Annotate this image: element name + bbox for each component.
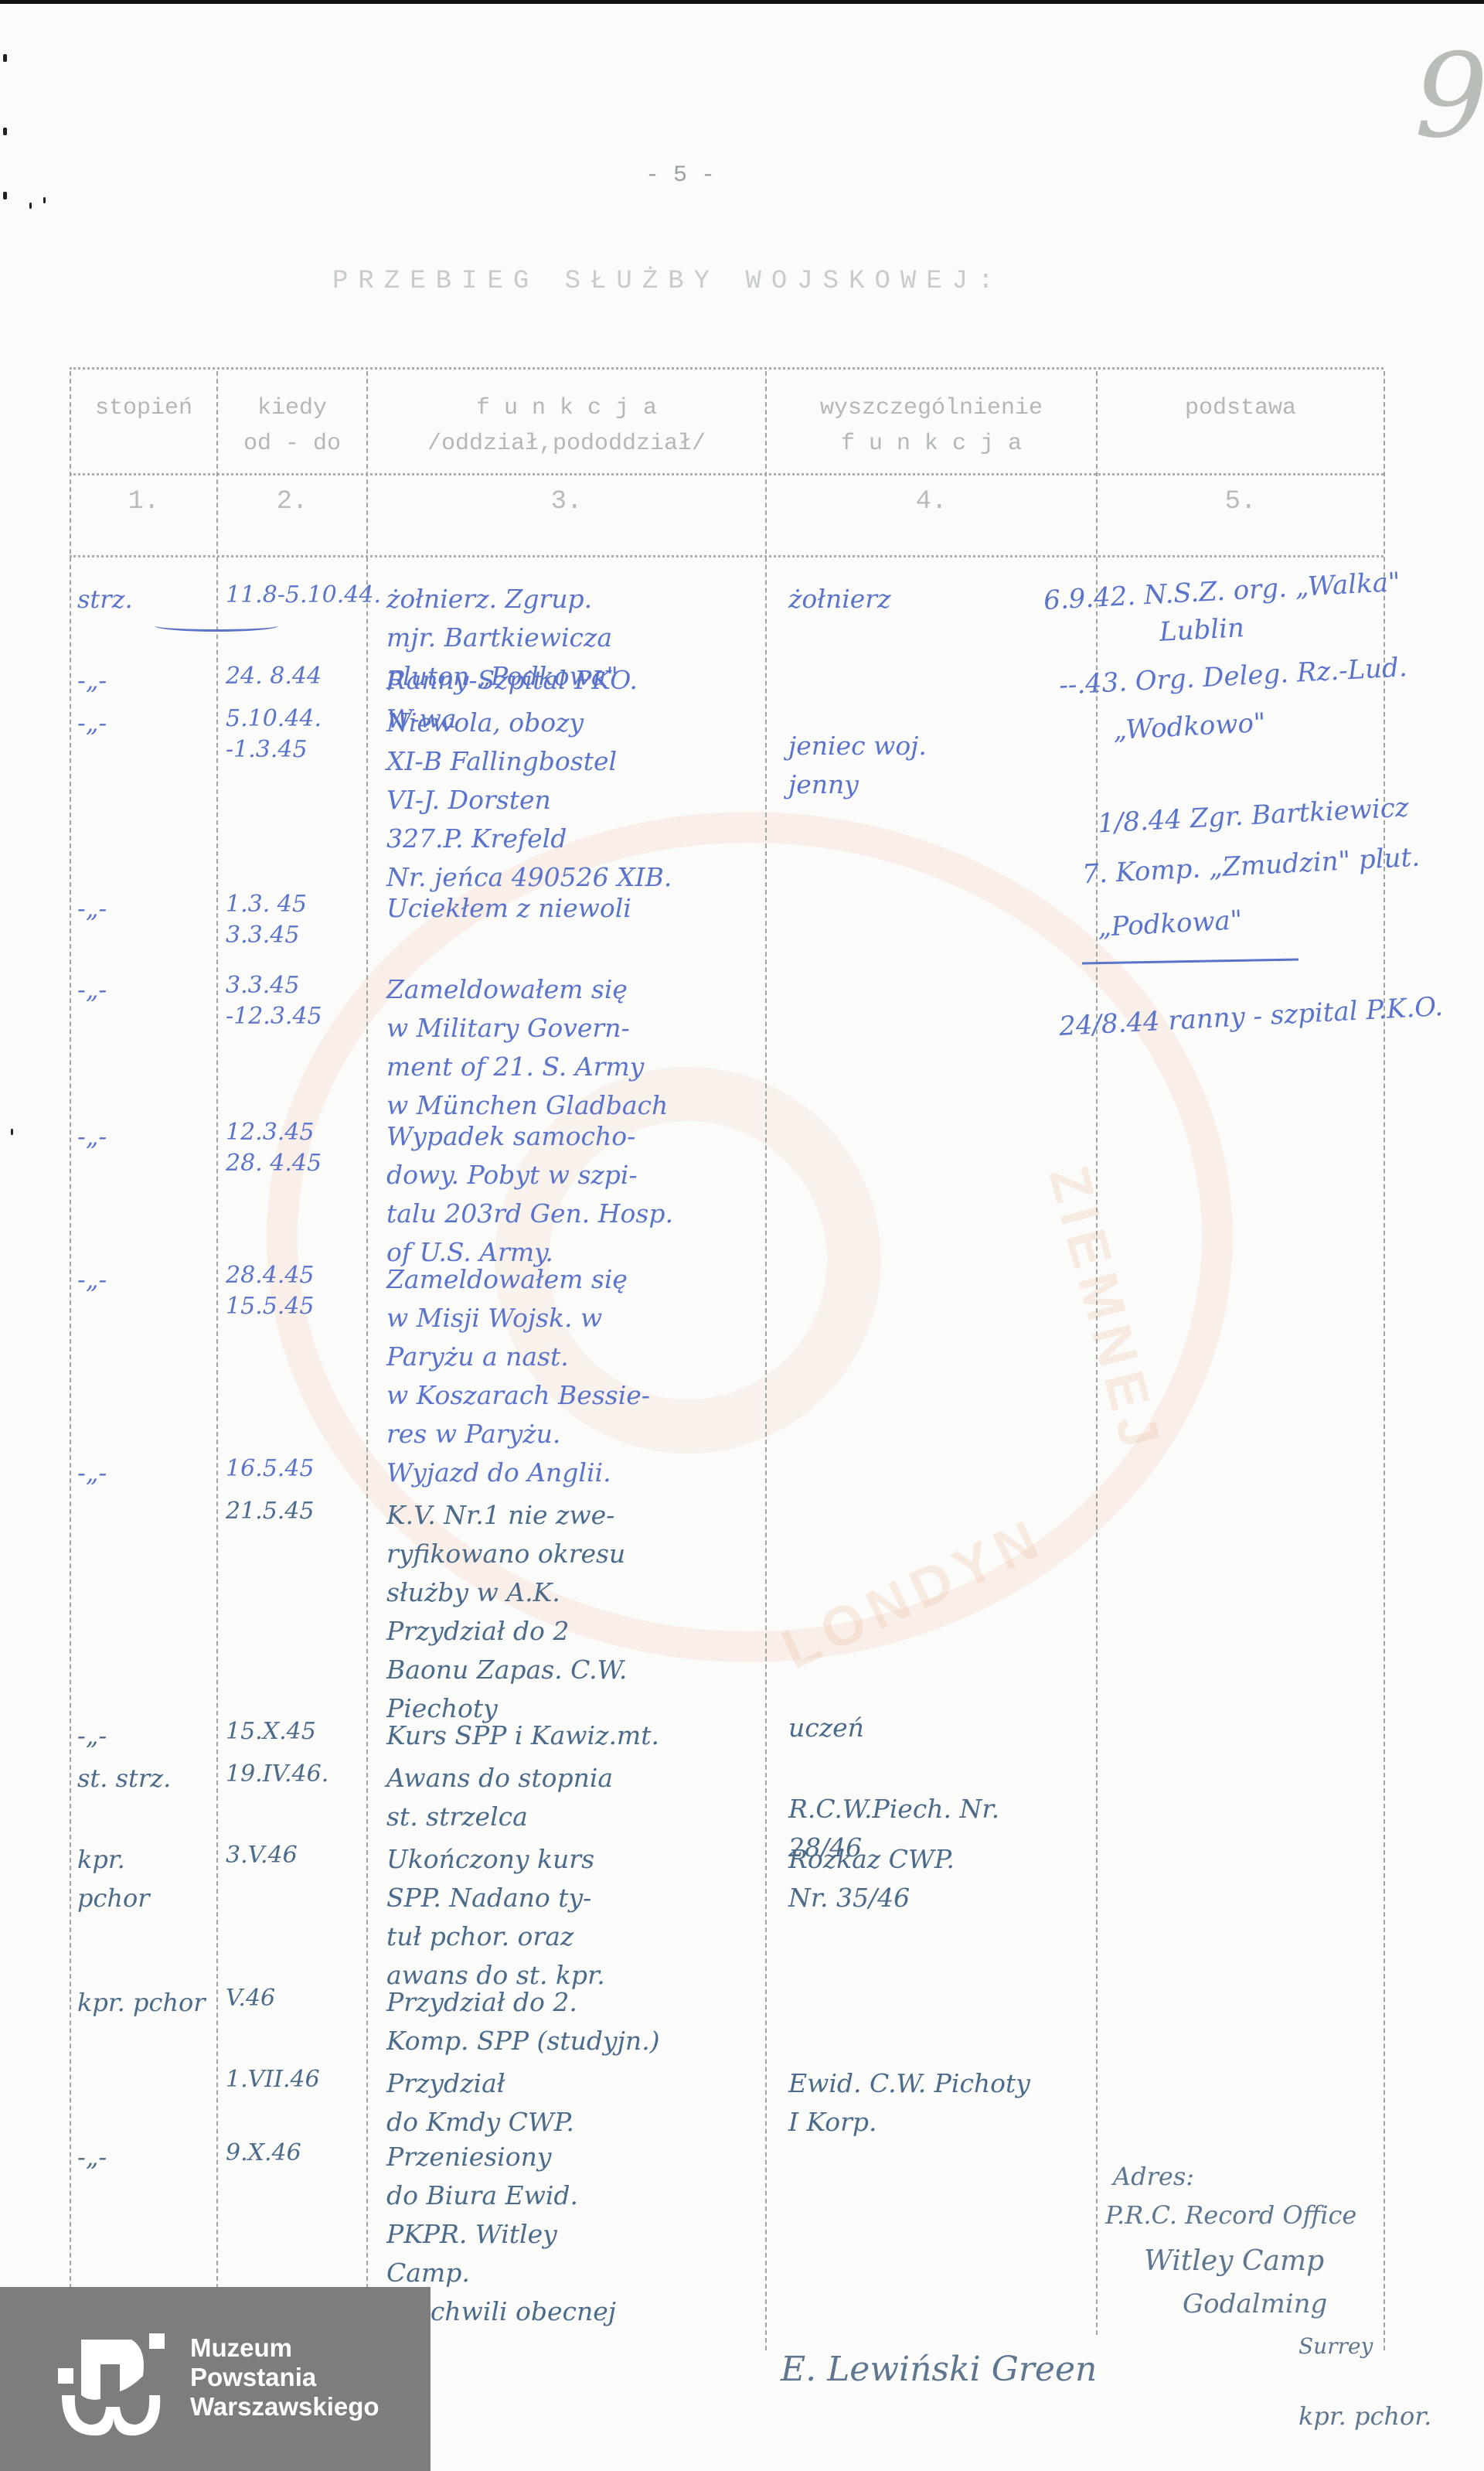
date-underline (155, 620, 278, 632)
rank-cell: -„- (77, 704, 107, 742)
basis-divider-rule (1082, 959, 1298, 965)
detail-cell: Rozkaz CWP. Nr. 35/46 (788, 1840, 955, 1917)
rank-cell: -„- (77, 661, 107, 700)
address-line: P.R.C. Record Office (1105, 2196, 1356, 2234)
function-cell: Kurs SPP i Kawiz.mt. (386, 1716, 659, 1755)
table-top-rule (70, 367, 1384, 370)
dates-cell: 3.3.45 -12.3.45 (226, 970, 322, 1032)
header-function: f u n k c j a /oddział,pododdział/ (368, 390, 765, 462)
rank-cell: -„- (77, 1260, 107, 1299)
basis-note: „Podkowa" (1097, 901, 1244, 947)
museum-logo-overlay: Muzeum Powstania Warszawskiego (0, 2287, 431, 2471)
basis-note: 7. Komp. „Zmudzin" plut. (1081, 838, 1421, 895)
scan-top-edge (0, 0, 1484, 4)
basis-note: 24/8.44 ranny - szpital P.K.O. (1058, 987, 1444, 1046)
column-number: 1. (71, 487, 216, 516)
column-divider (216, 371, 218, 2350)
page-marker: - 5 - (0, 162, 1422, 189)
function-cell: Niewola, obozy XI-B Fallingbostel VI-J. … (386, 704, 672, 897)
dates-cell: 19.IV.46. (226, 1759, 328, 1790)
column-number: 3. (368, 487, 765, 516)
dates-cell: 5.10.44. -1.3.45 (226, 704, 322, 765)
header-detail: wyszczególnienie f u n k c j a (767, 390, 1096, 462)
basis-note: --.43. Org. Deleg. Rz.-Lud. (1058, 648, 1408, 705)
column-divider (70, 371, 71, 2350)
table-header-rule (70, 473, 1384, 475)
dates-cell: 9.X.46 (226, 2138, 301, 2169)
column-divider (366, 371, 368, 2350)
function-cell: Zameldowałem się w Misji Wojsk. w Paryżu… (386, 1260, 650, 1454)
detail-cell: uczeń (788, 1709, 864, 1747)
dates-cell: 12.3.45 28. 4.45 (226, 1117, 322, 1179)
signature-title: kpr. pchor. (1298, 2397, 1431, 2435)
kotwica-anchor-icon (58, 2333, 166, 2438)
dates-cell: 24. 8.44 (226, 661, 322, 692)
rank-cell: -„- (77, 1454, 107, 1492)
stamp-text-right: ZIEMNEJ (1036, 1160, 1174, 1461)
header-dates: kiedy od - do (218, 390, 366, 462)
dates-cell: 3.V.46 (226, 1840, 298, 1871)
function-cell: Ukończony kurs SPP. Nadano ty- tuł pchor… (386, 1840, 605, 1995)
address-label: Adres: (1113, 2157, 1194, 2196)
column-number: 4. (767, 487, 1096, 516)
signature: E. Lewiński Green (781, 2350, 1097, 2389)
rank-cell: st. strz. (77, 1759, 171, 1798)
rank-cell: -„- (77, 1117, 107, 1156)
dates-cell: 21.5.45 (226, 1496, 315, 1527)
column-divider (765, 371, 767, 2350)
detail-cell: jeniec woj. jenny (788, 727, 927, 804)
function-cell: Zameldowałem się w Military Govern- ment… (386, 970, 668, 1125)
detail-cell: Ewid. C.W. Pichoty I Korp. (788, 2064, 1030, 2142)
column-number: 5. (1098, 487, 1384, 516)
margin-mark (3, 54, 7, 62)
rank-cell: -„- (77, 2138, 107, 2176)
margin-mark (43, 197, 46, 203)
function-cell: Wypadek samocho- dowy. Pobyt w szpi- tal… (386, 1117, 673, 1272)
dates-cell: 11.8-5.10.44. (226, 580, 381, 611)
address-line: Godalming (1183, 2285, 1327, 2323)
dates-cell: 15.X.45 (226, 1716, 316, 1747)
dates-cell: 28.4.45 15.5.45 (226, 1260, 315, 1322)
basis-note: Lublin (1159, 608, 1245, 652)
margin-mark (29, 203, 32, 209)
detail-cell: żołnierz (788, 580, 890, 619)
function-cell: Uciekłem z niewoli (386, 889, 631, 928)
rank-cell: -„- (77, 1716, 107, 1755)
margin-mark (3, 192, 7, 199)
dates-cell: 1.VII.46 (226, 2064, 320, 2095)
dates-cell: 16.5.45 (226, 1454, 315, 1484)
dates-cell: V.46 (226, 1983, 275, 2014)
table-number-rule (70, 555, 1384, 557)
function-cell: Przydział do Kmdy CWP. (386, 2064, 574, 2142)
margin-mark (11, 1129, 13, 1135)
rank-cell: strz. (77, 580, 133, 619)
stamp-text-bottom: LONDYN (773, 1505, 1055, 1682)
museum-name: Muzeum Powstania Warszawskiego (190, 2333, 380, 2422)
rank-cell: kpr. pchor (77, 1840, 150, 1917)
address-line: Surrey (1298, 2327, 1373, 2366)
corner-page-number: 9 (1414, 39, 1484, 155)
rank-cell: -„- (77, 889, 107, 928)
header-basis: podstawa (1098, 390, 1384, 426)
rank-cell: kpr. pchor (77, 1983, 206, 2022)
function-cell: K.V. Nr.1 nie zwe- ryfikowano okresu słu… (386, 1496, 627, 1728)
function-cell: Awans do stopnia st. strzelca (386, 1759, 613, 1836)
header-rank: stopień (71, 390, 216, 426)
function-cell: Wyjazd do Anglii. (386, 1454, 611, 1492)
basis-note: 1/8.44 Zgr. Bartkiewicz (1097, 788, 1410, 843)
document-title: PRZEBIEG SŁUŻBY WOJSKOWEJ: (332, 267, 1004, 296)
column-number: 2. (218, 487, 366, 516)
rank-cell: -„- (77, 970, 107, 1009)
function-cell: Przydział do 2. Komp. SPP (studyjn.) (386, 1983, 659, 2060)
basis-note: „Wodkowo" (1112, 704, 1267, 750)
dates-cell: 1.3. 45 3.3.45 (226, 889, 307, 951)
address-line: Witley Camp (1144, 2242, 1324, 2281)
margin-mark (3, 128, 7, 135)
